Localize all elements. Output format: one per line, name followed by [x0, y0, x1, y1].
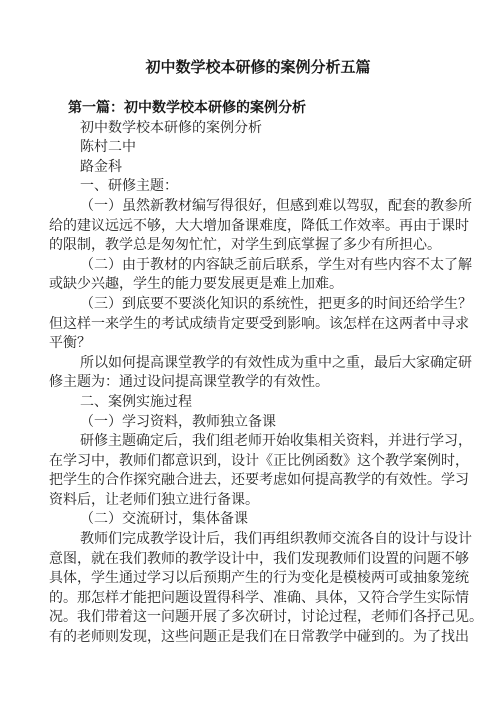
text-line: 初中数学校本研修的案例分析: [49, 118, 467, 138]
text-line: （一）虽然新教材编写得很好，但感到难以驾驭，配套的教参所: [49, 196, 467, 216]
text-line: （二）由于教材的内容缺乏前后联系，学生对有些内容不太了解: [49, 255, 467, 275]
text-line: 研修主题确定后，我们组老师开始收集相关资料，并进行学习，: [49, 431, 467, 451]
text-line: 陈村二中: [49, 137, 467, 157]
text-line: （一）学习资料，教师独立备课: [49, 412, 467, 432]
text-line: 的。那怎样才能把问题设置得科学、准确、具体，又符合学生实际情: [49, 588, 467, 608]
text-line: 给的建议远远不够，大大增加备课难度，降低工作效率。再由于课时: [49, 216, 467, 236]
text-line: 意图，就在我们教师的教学设计中，我们发现教师们设置的问题不够: [49, 549, 467, 569]
text-line: 在学习中，教师们都意识到，设计《正比例函数》这个教学案例时，: [49, 451, 467, 471]
text-line: 的限制，教学总是匆匆忙忙，对学生到底掌握了多少有所担心。: [49, 235, 467, 255]
text-line: 有的老师则发现，这些问题正是我们在日常教学中碰到的。为了找出: [49, 627, 467, 647]
text-line: 修主题为：通过设问提高课堂教学的有效性。: [49, 372, 467, 392]
document-title: 初中数学校本研修的案例分析五篇: [49, 59, 467, 76]
section-heading-line: 第一篇：初中数学校本研修的案例分析: [49, 98, 467, 118]
text-line: 路金科: [49, 157, 467, 177]
text-line: 把学生的合作探究融合进去，还要考虑如何提高教学的有效性。学习: [49, 470, 467, 490]
document-content: 初中数学校本研修的案例分析五篇 第一篇：初中数学校本研修的案例分析初中数学校本研…: [0, 0, 500, 647]
text-line: 二、案例实施过程: [49, 392, 467, 412]
text-line: 平衡？: [49, 333, 467, 353]
document-page: 初中数学校本研修的案例分析五篇 第一篇：初中数学校本研修的案例分析初中数学校本研…: [0, 0, 500, 707]
text-line: 具体，学生通过学习以后预期产生的行为变化是模棱两可或抽象笼统: [49, 568, 467, 588]
document-body: 第一篇：初中数学校本研修的案例分析初中数学校本研修的案例分析陈村二中路金科一、研…: [49, 98, 467, 647]
text-line: 或缺少兴趣，学生的能力要发展更是难上加难。: [49, 274, 467, 294]
text-line: 一、研修主题：: [49, 176, 467, 196]
text-line: （三）到底要不要淡化知识的系统性，把更多的时间还给学生？: [49, 294, 467, 314]
text-line: 况。我们带着这一问题开展了多次研讨，讨论过程，老师们各抒己见。: [49, 607, 467, 627]
text-line: 资料后，让老师们独立进行备课。: [49, 490, 467, 510]
text-line: 教师们完成教学设计后，我们再组织教师交流各自的设计与设计: [49, 529, 467, 549]
text-line: 所以如何提高课堂教学的有效性成为重中之重，最后大家确定研: [49, 353, 467, 373]
text-line: （二）交流研讨，集体备课: [49, 509, 467, 529]
text-line: 但这样一来学生的考试成绩肯定要受到影响。该怎样在这两者中寻求: [49, 314, 467, 334]
